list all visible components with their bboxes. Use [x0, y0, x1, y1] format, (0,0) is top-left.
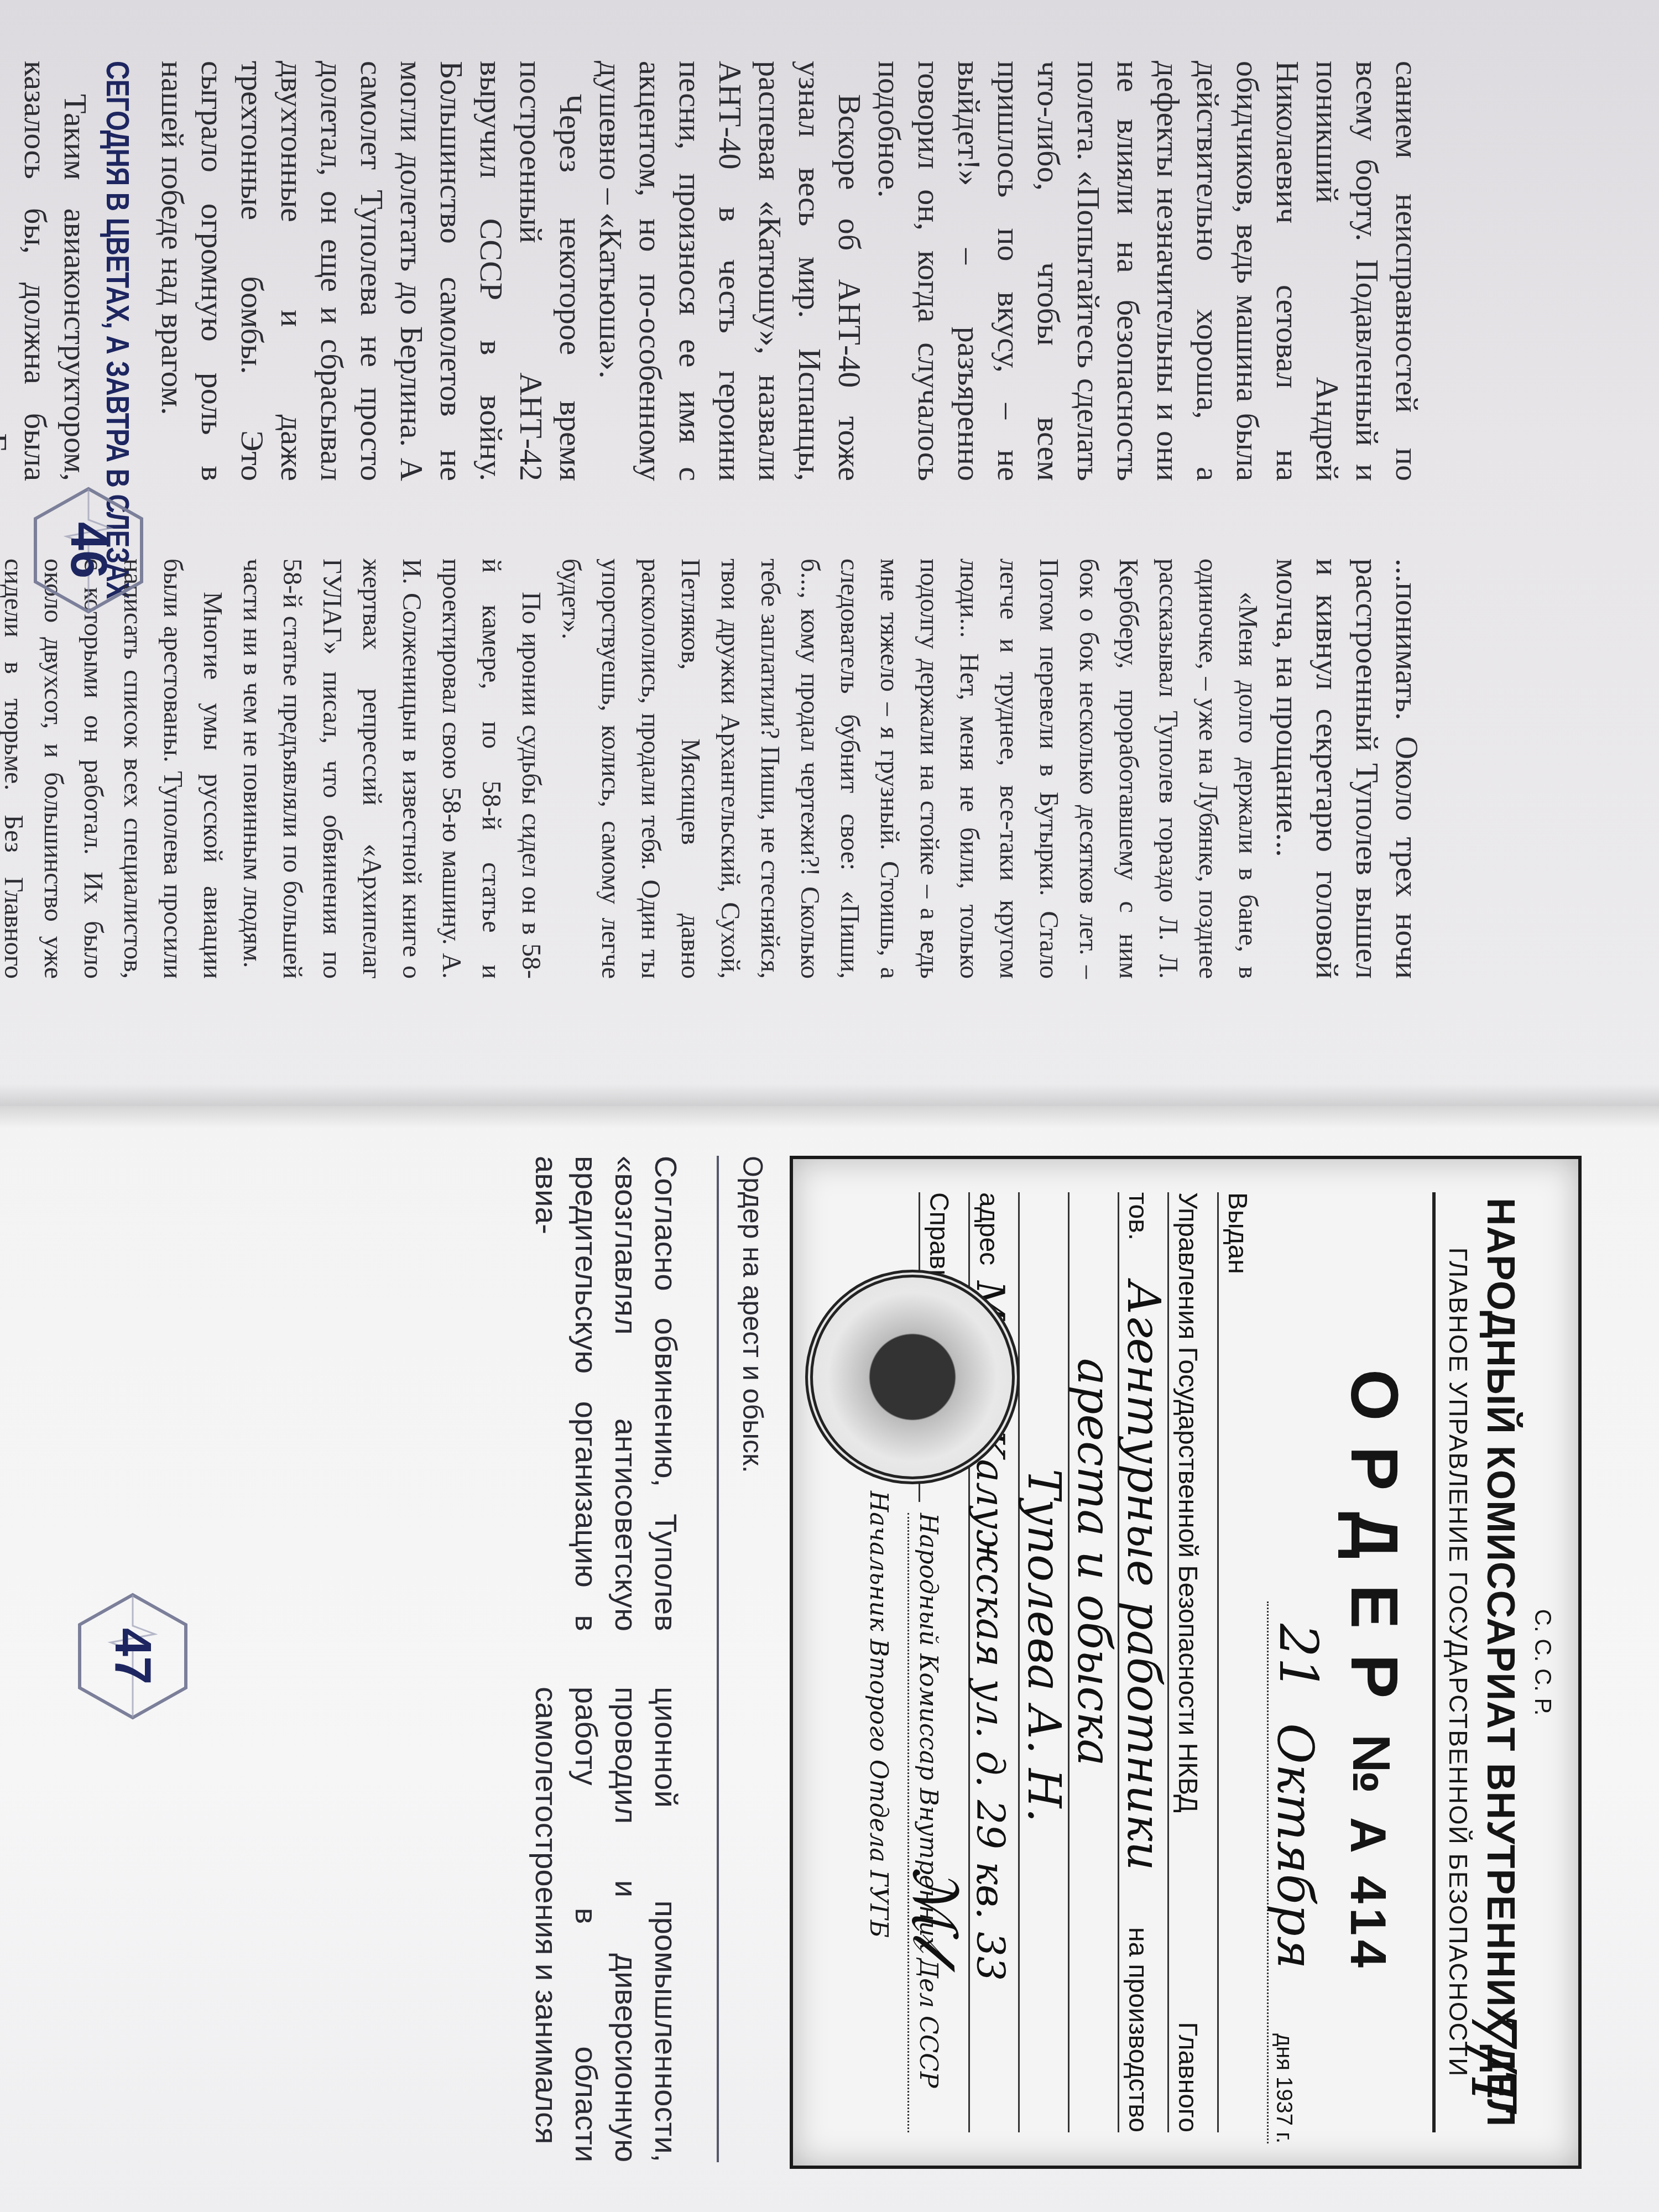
doc-issued-line: Выдан	[1217, 1192, 1269, 2132]
paragraph: ...понимать. Около трех ночи расстроенны…	[1267, 559, 1427, 979]
figure-caption: Ордер на арест и обыск.	[737, 1156, 769, 1473]
left-page: санием неисправностей по всему борту. По…	[0, 0, 1659, 1106]
right-page-column-2: ционной промышленности, проводил и дивер…	[526, 1687, 686, 2162]
doc-line-4: Туполева А. Н.	[1018, 1192, 1070, 2132]
doc-footer-commissar: Народный Комиссар Внутренних Дел СССР	[914, 1513, 942, 2088]
paragraph: Многие умы русской авиации были арестова…	[0, 559, 232, 979]
paragraph: санием неисправностей по всему борту. По…	[869, 61, 1427, 481]
doc-number-label: №	[1340, 1734, 1401, 1793]
handwritten-mark: 7/Т	[1458, 2011, 1528, 2110]
page-number: 47	[103, 1593, 161, 1720]
doc-union-label: С. С. С. Р.	[1530, 1159, 1556, 2166]
paragraph: Через некоторое время построенный АНТ-42…	[153, 61, 591, 481]
paragraph: По иронии судьбы сидел он в 58-й камере,…	[232, 559, 551, 979]
doc-date-suffix: дня 1937 г.	[1271, 2033, 1296, 2143]
doc-line-2: тов. Агентурные работники на производств…	[1118, 1192, 1169, 2132]
book-spread: санием неисправностей по всему борту. По…	[0, 0, 1659, 2212]
official-seal-stamp	[805, 1270, 1020, 1484]
doc-line-2-label: тов.	[1123, 1192, 1153, 1240]
doc-line-4-handwriting: Туполева А. Н.	[1018, 1469, 1070, 1823]
paragraph: Вскоре об АНТ-40 тоже узнал весь мир. Ис…	[591, 61, 869, 481]
doc-line-3: ареста и обыска	[1068, 1192, 1119, 2132]
paragraph: Таким авиаконструктором, казалось бы, до…	[0, 61, 95, 481]
doc-line-1-label: Управления Государственной Безопасности …	[1172, 1192, 1203, 1813]
doc-date-day: 21	[1267, 1624, 1329, 1691]
doc-line-2-handwriting: Агентурные работники	[1117, 1281, 1170, 1870]
doc-date-row: 21 Октября дня 1937 г.	[1267, 1601, 1318, 2143]
quote-paragraph: «Меня долго держали в бане, в одиночке, …	[551, 559, 1267, 979]
doc-line-3-handwriting: ареста и обыска	[1067, 1358, 1120, 1766]
page-number-badge-left: 46	[33, 487, 144, 614]
doc-line-1: Управления Государственной Безопасности …	[1167, 1192, 1219, 2132]
doc-title: ОРДЕР	[1336, 1369, 1412, 1724]
doc-line-1-prefix: Главного	[1172, 2022, 1203, 2132]
doc-issued-label: Выдан	[1222, 1192, 1253, 1274]
book-gutter	[0, 1084, 1659, 1128]
section-heading: СЕГОДНЯ В ЦВЕТАХ, А ЗАВТРА В СЛЕЗАХ	[97, 61, 137, 405]
left-page-column-1: санием неисправностей по всему борту. По…	[0, 61, 1427, 481]
arrest-order-document: С. С. С. Р. НАРОДНЫЙ КОМИССАРИАТ ВНУТРЕН…	[790, 1156, 1582, 2169]
doc-directorate: ГЛАВНОЕ УПРАВЛЕНИЕ ГОСУДАРСТВЕННОЙ БЕЗОП…	[1443, 1192, 1473, 2132]
doc-line-2-suffix: на производство	[1123, 1927, 1153, 2132]
doc-footer-department: Начальник Второго Отдела ГУГБ	[864, 1491, 893, 1938]
left-page-column-2: ...понимать. Около трех ночи расстроенны…	[0, 559, 1427, 979]
divider	[717, 1156, 719, 2162]
paragraph: Согласно обвинению, Туполев «возглавлял …	[526, 1156, 686, 1631]
page-number-badge-right: 47	[77, 1593, 188, 1720]
doc-signature-line	[907, 1513, 909, 2132]
right-page-column-1: Согласно обвинению, Туполев «возглавлял …	[526, 1156, 686, 1631]
doc-number: А 414	[1339, 1817, 1396, 1972]
divider	[1432, 1192, 1436, 2132]
page-number: 46	[59, 487, 117, 614]
doc-date-month: Октября	[1266, 1723, 1324, 1969]
doc-commissariat: НАРОДНЫЙ КОМИССАРИАТ ВНУТРЕННИХ ДЕЛ	[1479, 1192, 1523, 2132]
paragraph: ционной промышленности, проводил и дивер…	[526, 1687, 686, 2162]
doc-address-label: адрес	[973, 1192, 1004, 1265]
